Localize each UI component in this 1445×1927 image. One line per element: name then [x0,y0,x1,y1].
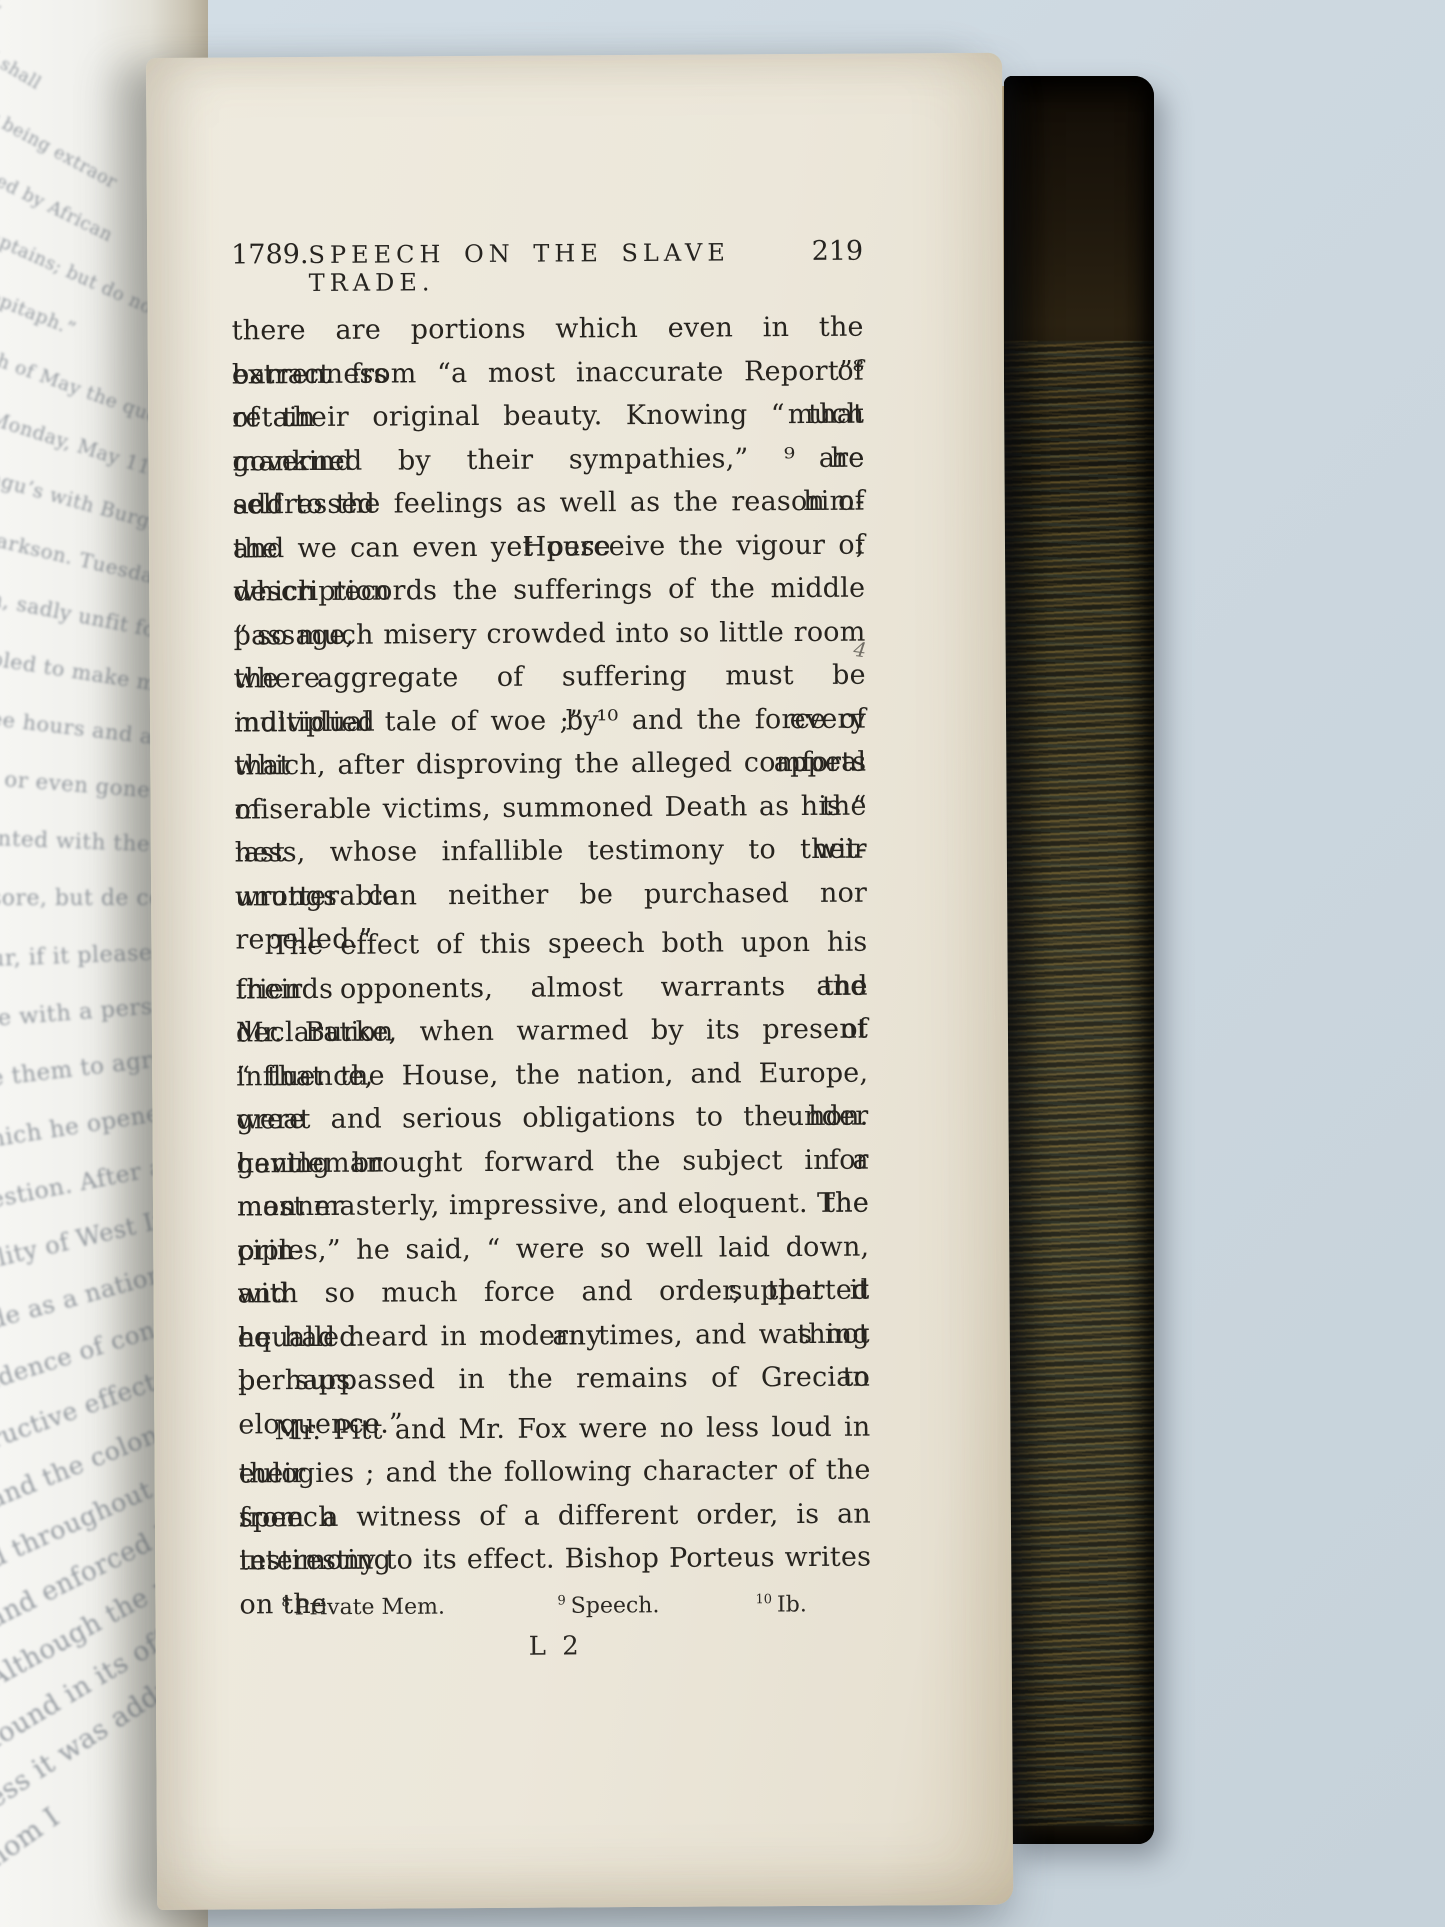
printer-signature: L 2 [240,1630,872,1664]
marbled-fore-edge [1004,76,1154,1844]
text-line: of their original beauty. Knowing “ that… [232,393,864,440]
footnote-text: Ib. [777,1592,807,1617]
text-line: wrongs can neither be purchased nor repe… [235,871,867,918]
left-page-text-fragment: epitaph.” [0,287,79,341]
text-line: with so much force and order, that it eq… [237,1269,869,1316]
text-line: and we can even yet perceive the vigour … [233,523,865,570]
footnote: 10Ib. [755,1592,806,1618]
footnote-marker: 10 [755,1592,772,1607]
paragraph: there are portions which even in the bar… [232,306,868,919]
left-page-text-fragment: hom I [0,1802,66,1874]
footnote: 8Private Mem. [281,1594,445,1620]
left-page-text-fragment: d. [0,0,10,14]
text-line: he had heard in modern times, and was no… [238,1312,870,1359]
footnote-marker: 9 [557,1593,565,1608]
text-line: from a witness of a different order, is … [239,1492,871,1539]
left-page-text-fragment: I shall [0,47,44,94]
text-line: having brought forward the subject in a … [237,1138,869,1185]
text-line: Mr. Burke, when warmed by its present in… [236,1008,868,1055]
text-line: their opponents, almost warrants the dec… [236,964,868,1011]
text-block: there are portions which even in the bar… [232,306,872,1589]
text-line: which, after disproving the alleged comf… [234,741,866,788]
left-page-text-fragment: larkson. Tuesday [0,526,168,590]
footnote-marker: 8 [281,1595,289,1610]
header-title: SPEECH ON THE SLAVE TRADE. [308,238,811,297]
footnote-text: Speech. [571,1593,660,1619]
text-line: extract from “a most inaccurate Report”⁸… [232,349,864,396]
book-photo-scene: d.I shallr being extraorted by Africanap… [0,0,1445,1927]
footnote-text: Private Mem. [295,1595,445,1621]
text-line: testimony to its effect. Bishop Porteus … [239,1536,871,1583]
paragraph: Mr. Pitt and Mr. Fox were no less loud i… [238,1405,871,1583]
text-line: governed by their sympathies,” ⁹ he addr… [232,436,864,483]
text-line: miserable victims, summoned Death as his… [234,784,866,831]
text-line: “ so much misery crowded into so little … [233,610,865,657]
text-line: “ that the House, the nation, and Europe… [236,1051,868,1098]
text-line: most masterly, impressive, and eloquent.… [237,1182,869,1229]
text-line: the aggregate of suffering must be multi… [234,654,866,701]
edge-shading [1004,76,1154,1844]
footnote: 9Speech. [557,1593,659,1619]
running-header: 1789. SPEECH ON THE SLAVE TRADE. 219 [231,236,863,298]
text-line: great and serious obligations to the hon… [236,1095,868,1142]
text-line: The effect of this speech both upon his … [235,921,867,968]
text-line: ciples,” he said, “ were so well laid do… [237,1225,869,1272]
text-line: ness, whose infallible testimony to thei… [235,828,867,875]
text-line: self to the feelings as well as the reas… [233,480,865,527]
paragraph: The effect of this speech both upon his … [235,921,870,1403]
text-line: which records the sufferings of the midd… [233,567,865,614]
text-line: individual tale of woe ;” ¹⁰ and the for… [234,697,866,744]
book-page: 1789. SPEECH ON THE SLAVE TRADE. 219 the… [146,53,1013,1910]
footnotes: 8Private Mem. 9Speech. 10Ib. [239,1592,871,1630]
page-number: 219 [812,236,864,267]
header-year: 1789. [231,239,308,270]
text-line: Mr. Pitt and Mr. Fox were no less loud i… [238,1405,870,1452]
text-line: be surpassed in the remains of Grecian e… [238,1356,870,1403]
text-line: there are portions which even in the bar… [232,306,864,353]
text-line: eulogies ; and the following character o… [239,1449,871,1496]
